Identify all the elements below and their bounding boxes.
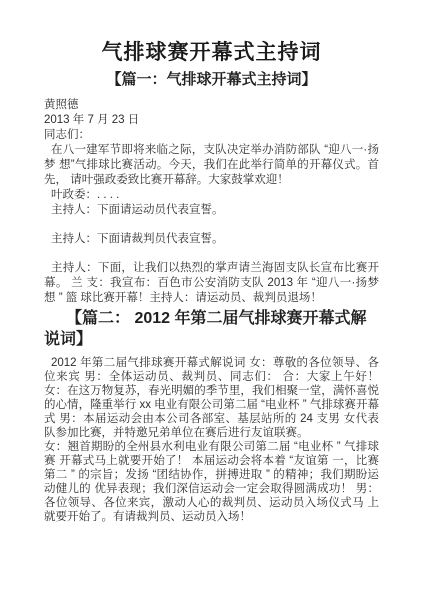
- document-page: 气排球赛开幕式主持词 【篇一：气排球开幕式主持词】 黄照德 2013 年 7 月…: [0, 0, 423, 600]
- host-line-referee-oath: 主持人：下面请裁判员代表宣誓。: [44, 232, 379, 247]
- document-title: 气排球赛开幕式主持词: [44, 40, 379, 66]
- author-line: 黄照德: [44, 98, 379, 113]
- part2-paragraph-1: 2012 年第二届气排球赛开幕式解说词 女：尊敬的各位领导、各位来宾 男：全体运…: [44, 356, 379, 440]
- date-line: 2013 年 7 月 23 日: [44, 113, 379, 128]
- closing-paragraph: 主持人：下面，让我们以热烈的掌声请兰海固支队长宣布比赛开幕。 兰 支：我宣布：百…: [44, 261, 379, 306]
- greeting-line: 同志们：: [44, 128, 379, 143]
- ye-commissar-line: 叶政委：. . . .: [44, 188, 379, 203]
- document-content: 气排球赛开幕式主持词 【篇一：气排球开幕式主持词】 黄照德 2013 年 7 月…: [0, 0, 423, 524]
- host-line-athlete-oath: 主持人：下面请运动员代表宣誓。: [44, 203, 379, 218]
- part2-heading: 【篇二： 2012 年第二届气排球赛开幕式解说词】: [44, 308, 379, 350]
- blank-line: [44, 218, 379, 232]
- part1-heading: 【篇一：气排球开幕式主持词】: [44, 70, 379, 90]
- blank-line: [44, 247, 379, 261]
- part2-paragraph-2: 女：翘首期盼的全州县水利电业有限公司第二届 “电业杯 ” 气排球赛 开幕式马上就…: [44, 440, 379, 524]
- intro-paragraph: 在八一建军节即将来临之际，支队决定举办消防部队 “迎八一·扬梦 想”气排球比赛活…: [44, 143, 379, 188]
